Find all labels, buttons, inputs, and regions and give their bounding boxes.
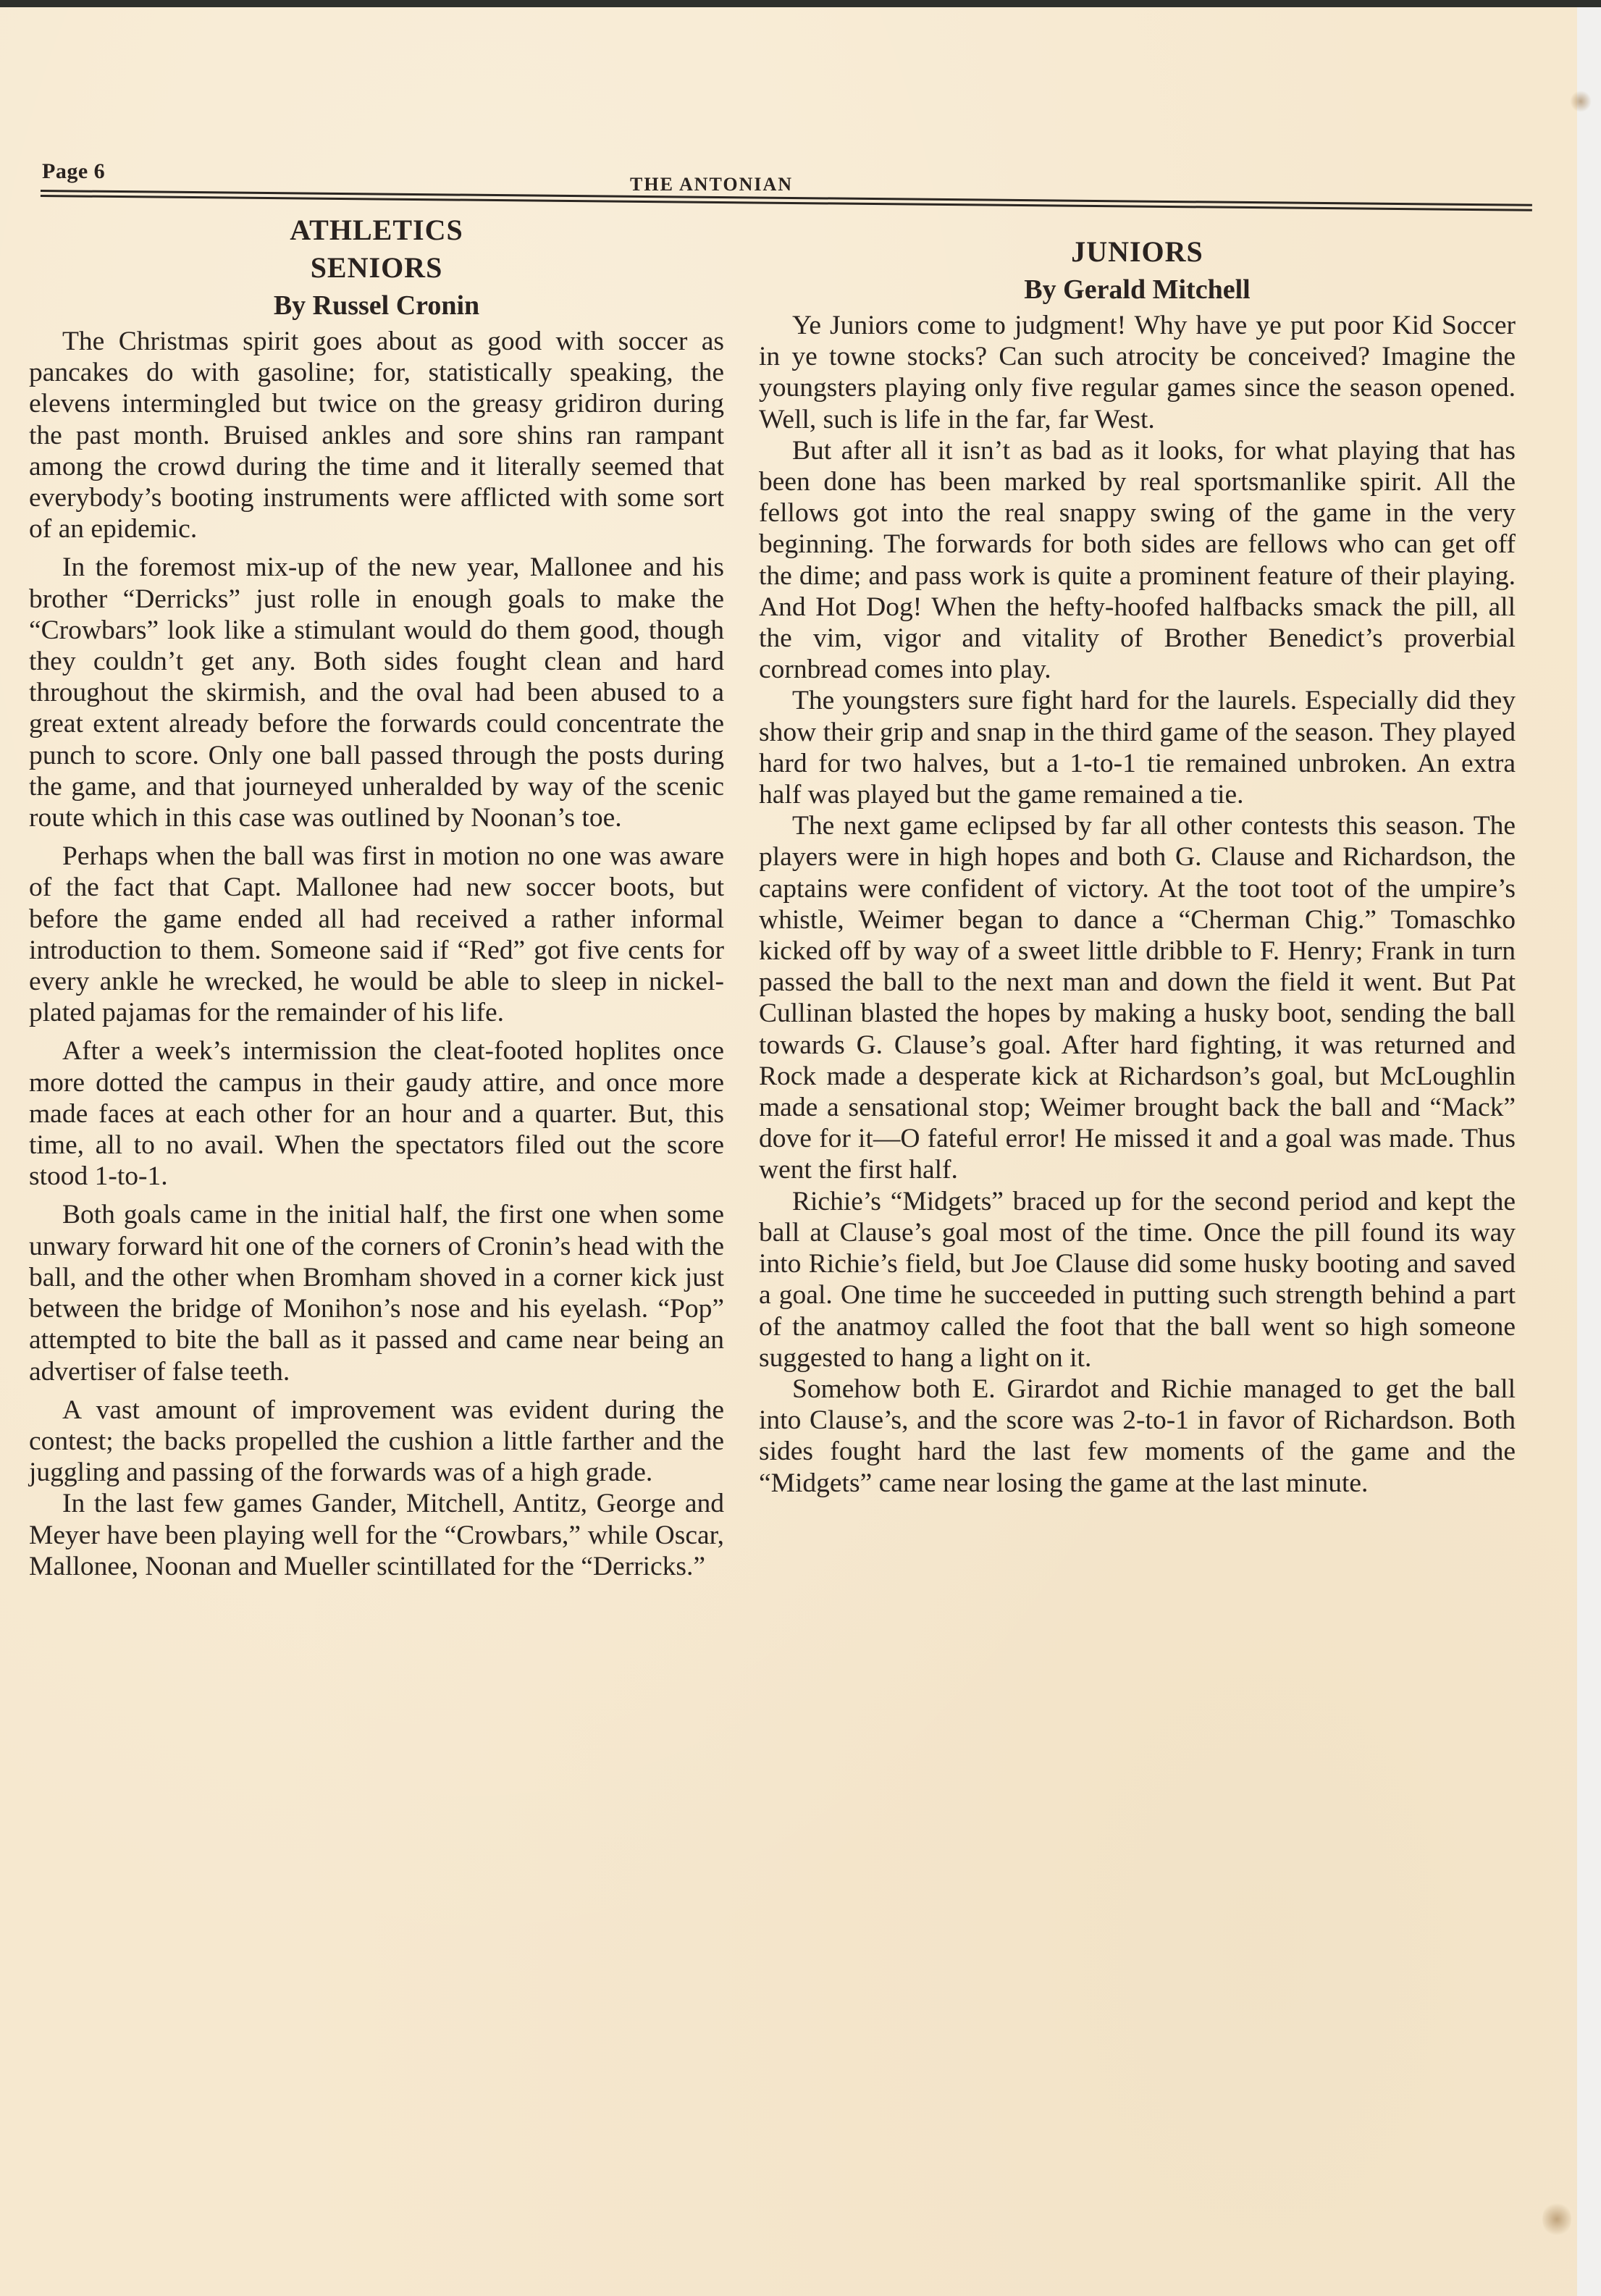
- scan-right-margin: [1577, 7, 1601, 2296]
- article-paragraph: In the foremost mix-up of the new year, …: [29, 552, 724, 833]
- article-paragraph: A vast amount of improvement was evident…: [29, 1395, 724, 1489]
- article-paragraph: Both goals came in the initial half, the…: [29, 1199, 724, 1387]
- seniors-byline: By Russel Cronin: [29, 287, 724, 324]
- article-paragraph: The next game eclipsed by far all other …: [759, 810, 1516, 1185]
- juniors-heading: JUNIORS: [759, 233, 1516, 271]
- publication-title: THE ANTONIAN: [630, 174, 793, 195]
- juniors-column: JUNIORS By Gerald Mitchell Ye Juniors co…: [759, 233, 1516, 1499]
- article-paragraph: Ye Juniors come to judgment! Why have ye…: [759, 310, 1516, 435]
- article-paragraph: After a week’s intermission the cleat-fo…: [29, 1035, 724, 1192]
- juniors-byline: By Gerald Mitchell: [759, 271, 1516, 308]
- article-paragraph: In the last few games Gander, Mitchell, …: [29, 1488, 724, 1582]
- seniors-heading: SENIORS: [29, 249, 724, 287]
- article-paragraph: But after all it isn’t as bad as it look…: [759, 435, 1516, 686]
- article-paragraph: Somehow both E. Girardot and Richie mana…: [759, 1374, 1516, 1499]
- article-paragraph: The youngsters sure fight hard for the l…: [759, 685, 1516, 810]
- paper-blemish: [1570, 91, 1592, 112]
- paper-blemish: [1542, 2201, 1571, 2237]
- page-number: Page 6: [42, 159, 105, 184]
- article-paragraph: Richie’s “Midgets” braced up for the sec…: [759, 1186, 1516, 1374]
- seniors-column: ATHLETICS SENIORS By Russel Cronin The C…: [29, 211, 724, 1589]
- article-paragraph: The Christmas spirit goes about as good …: [29, 326, 724, 544]
- section-heading: ATHLETICS: [29, 211, 724, 249]
- article-paragraph: Perhaps when the ball was first in motio…: [29, 841, 724, 1028]
- scan-top-edge: [0, 0, 1601, 7]
